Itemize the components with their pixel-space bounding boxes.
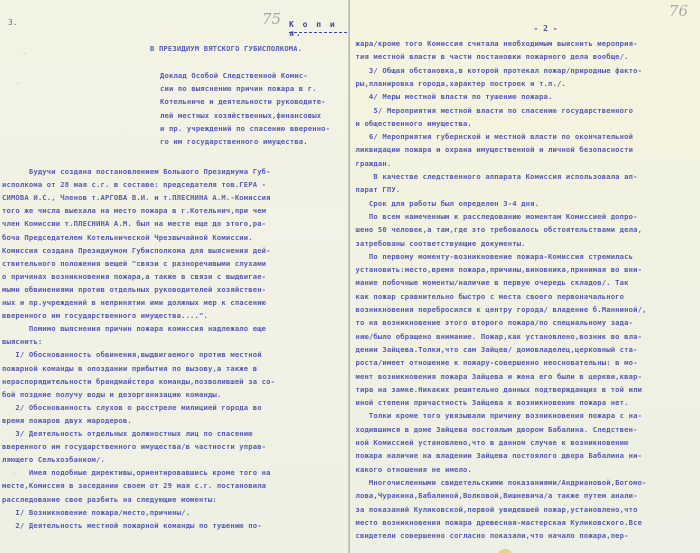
punch-mark: ·	[14, 252, 18, 260]
text-line: I/ Обоснованность обвинения,выдвигаемого…	[2, 349, 262, 360]
text-line: возникновения перебросился к центру горо…	[356, 304, 647, 315]
text-line: нию/было обращено внимание. Пожар,как ус…	[356, 331, 643, 342]
text-line: 6/ Мероприятия губернской и местной влас…	[356, 131, 634, 142]
punch-mark: ·	[16, 80, 20, 88]
punch-mark: ·	[12, 470, 16, 478]
text-line: то на возникновение этого второго пожара…	[356, 317, 634, 328]
text-line: Комиссия создана Президиумом Губисполком…	[2, 245, 271, 256]
text-line: 2/ Деятельность местной пожарной команды…	[2, 520, 262, 531]
text-line: нераспорядительности брандмайстера коман…	[2, 376, 275, 387]
text-line: 3/ Общая обстановка,в которой протекал п…	[356, 65, 643, 76]
text-line: мент возникновения пожара Зайцева и жена…	[356, 371, 643, 382]
text-line: Многочисленными свидетельскими показания…	[356, 477, 647, 488]
text-line: лова,Чуракина,Бабалиной,Волковой,Вишневи…	[356, 490, 638, 501]
text-line: Котельниче и деятельности руководите-	[160, 96, 326, 107]
text-line: парат ГПУ.	[356, 184, 401, 195]
punch-mark: ·	[358, 465, 362, 473]
text-line: ной Комиссией установлено,что в данном с…	[356, 437, 629, 448]
text-line: ляющего Сельхозбанком/.	[2, 454, 105, 465]
text-line: исполкома от 28 мая с.г. в составе: пред…	[2, 179, 266, 190]
text-line: 2/ Обоснованность слухов о расстреле мил…	[2, 402, 262, 413]
text-line: Будучи создана постановлением Большого П…	[2, 166, 271, 177]
text-line: свидетели совершенно согласно показали,ч…	[356, 530, 629, 541]
text-line: шено 50 человек,а там,где это требовалос…	[356, 224, 643, 235]
copy-label-underline	[289, 32, 347, 33]
text-line: расследование свое разбить на следующие …	[2, 494, 217, 505]
left-page: 3. 75 К о п и я. В ПРЕЗИДИУМ ВЯТСКОГО ГУ…	[0, 0, 349, 553]
text-line: Толки кроме того увязывали причину возни…	[356, 410, 643, 421]
text-line: ствительного положения вещей "связи с ра…	[2, 258, 266, 269]
text-line: место возникновения пожара древесная-мас…	[356, 517, 643, 528]
paper-stain	[498, 549, 512, 553]
text-line: По первому моменту-возникновение пожара-…	[356, 251, 634, 262]
text-line: выяснить:	[2, 336, 42, 347]
text-line: тия местной власти в части постановки по…	[356, 51, 629, 62]
text-line: бой поздние получу воды и дезорганизацию…	[2, 389, 221, 400]
addressee: В ПРЕЗИДИУМ ВЯТСКОГО ГУБИСПОЛКОМА.	[150, 43, 302, 54]
text-line: Помимо выяснения причин пожара комиссия …	[2, 323, 266, 334]
text-line: Срок для работы был определен 3-4 дня.	[356, 198, 540, 209]
text-line: месте,Комиссия в заседании своем от 29 м…	[2, 480, 266, 491]
punch-mark: ·	[22, 50, 26, 58]
text-line: вверенного им государственного имущества…	[2, 310, 208, 321]
text-line: 4/ Меры местной власти по тушению пожара…	[356, 91, 553, 102]
text-line: ры,планировка города,характер построек и…	[356, 78, 566, 89]
text-line: ликвидации пожара и охрана имущественной…	[356, 144, 634, 155]
text-line: По всем намеченным к расследованию момен…	[356, 211, 638, 222]
text-line: сии по выяснению причин пожара в г.	[160, 83, 317, 94]
copy-label: К о п и я.	[289, 20, 348, 38]
text-line: Доклад Особой Следственной Комис-	[160, 70, 308, 81]
text-line: какого отношения не имело.	[356, 464, 472, 475]
sheet-number-handwritten: 75	[262, 10, 281, 28]
page-marker: 3.	[8, 18, 18, 27]
text-line: В качестве следственного аппарата Комисс…	[356, 171, 638, 182]
text-line: и пр. учреждений по спасению вверенно-	[160, 123, 330, 134]
text-line: го им государственного имущества.	[160, 136, 308, 147]
text-line: как пожар сравнительно быстро с места св…	[356, 291, 625, 302]
text-line: член Комиссии т.ПЛЕСНИНА А.М. был на мес…	[2, 218, 266, 229]
text-line: боча Председателем Котельнической Чрезвы…	[2, 232, 253, 243]
page-number: - 2 -	[534, 24, 558, 33]
text-line: лей местных хозяйственных,финансовых	[160, 110, 321, 121]
text-line: установить:место,время пожара,причины,ви…	[356, 264, 643, 275]
text-line: СИМОВА И.С., Членов т.АРГОВА В.И. и т.ПЛ…	[2, 192, 271, 203]
text-line: граждан.	[356, 158, 392, 169]
text-line: жара/кроме того Комиссия считала необход…	[356, 38, 638, 49]
text-line: и общественного имущества.	[356, 118, 472, 129]
text-line: время пожаров двух мародеров.	[2, 415, 132, 426]
text-line: ходившимся в доме Зайцева постоялым двор…	[356, 424, 638, 435]
sheet-number-handwritten: 76	[669, 2, 688, 20]
text-line: тира на замке.Никаких решительно данных …	[356, 384, 643, 395]
punch-mark: ·	[362, 55, 366, 63]
right-page: 76 - 2 - жара/кроме того Комиссия считал…	[350, 0, 700, 553]
document-spread: 3. 75 К о п и я. В ПРЕЗИДИУМ ВЯТСКОГО ГУ…	[0, 0, 700, 553]
text-line: за показаний Куликовской,первой увидевше…	[356, 504, 638, 515]
text-line: роста/имеет отношение к пожару-совершенн…	[356, 357, 638, 368]
text-line: 5/ Мероприятия местной власти по спасени…	[356, 105, 634, 116]
text-line: дении Зайцева.Толки,что сам Зайцев/ домо…	[356, 344, 638, 355]
text-line: Имея подобные директивы,ориентировавшись…	[2, 467, 271, 478]
text-line: пожарной команды в опоздании прибытия по…	[2, 363, 257, 374]
text-line: о причинах возникновения пожара,а также …	[2, 271, 266, 282]
text-line: вверенного им государственного имущества…	[2, 441, 266, 452]
text-line: того же числа выехала на место пожара в …	[2, 205, 266, 216]
text-line: мыми обвинениями против отдельных руково…	[2, 284, 266, 295]
text-line: I/ Возникновение пожара/место,причины/.	[2, 507, 190, 518]
text-line: иной степени причастность Зайцева к возн…	[356, 397, 629, 408]
text-line: пожара наличие на владении Зайцева посто…	[356, 450, 643, 461]
text-line: ных и пр.учреждений в непринятии ими дол…	[2, 297, 266, 308]
text-line: затребованы соответствующие документы.	[356, 238, 526, 249]
text-line: 3/ Деятельность отдельных должностных ли…	[2, 428, 253, 439]
text-line: мание побочные моменты/наличие в первую …	[356, 277, 629, 288]
